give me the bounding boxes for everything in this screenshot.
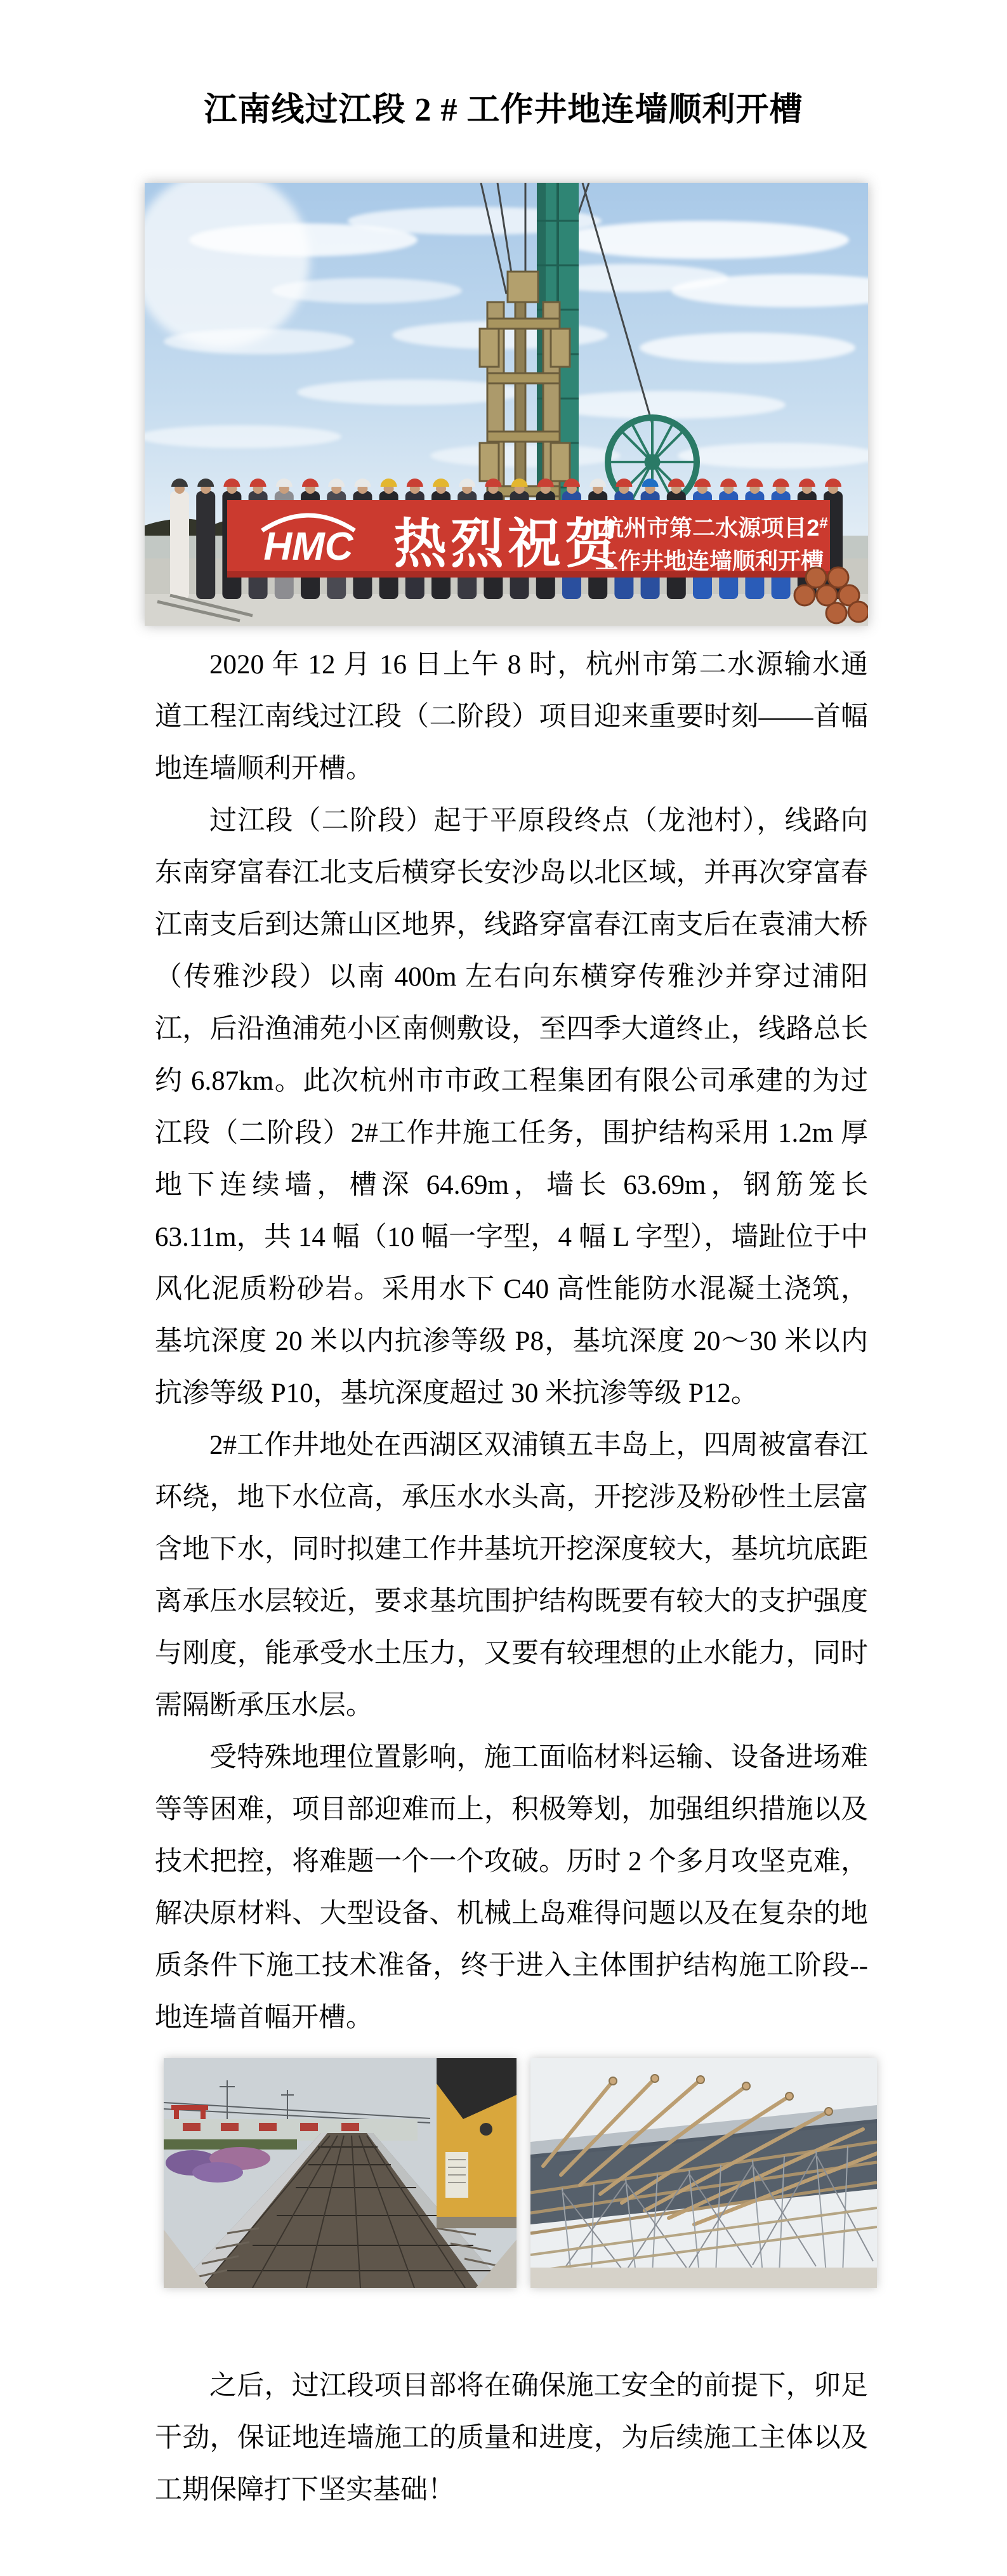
tarp-mounds [166,2147,270,2183]
ceremony-photo-scene: HMC 热烈祝贺 杭州市第二水源项目2# 工作井地连墙顺利开槽 [145,183,868,626]
banner-line1: 杭州市第二水源项目2# [601,515,827,541]
paragraph-5: 之后，过江段项目部将在确保施工安全的前提下，卯足干劲，保证地连墙施工的质量和进度… [155,2360,868,2516]
yellow-machine [437,2058,517,2228]
worker-figure [196,479,215,599]
paragraph-3: 2#工作井地处在西湖区双浦镇五丰岛上，四周被富春江环绕，地下水位高，承压水水头高… [155,1420,868,1732]
rebar-site-photo [164,2058,517,2288]
page-title: 江南线过江段 2 # 工作井地连墙顺利开槽 [0,83,1007,130]
site-fence [164,2119,418,2141]
rebar-site-scene [164,2058,517,2288]
article-footer: 之后，过江段项目部将在确保施工安全的前提下，卯足干劲，保证地连墙施工的质量和进度… [155,2360,868,2516]
banner-line2: 工作井地连墙顺利开槽 [595,548,824,574]
article-body: 2020 年 12 月 16 日上午 8 时，杭州市第二水源输水通道工程江南线过… [155,639,868,2044]
paragraph-2: 过江段（二阶段）起于平原段终点（龙池村），线路向东南穿富春江北支后横穿长安沙岛以… [155,795,868,1420]
worker-figure [170,479,189,599]
ground [530,2268,877,2288]
paragraph-1: 2020 年 12 月 16 日上午 8 时，杭州市第二水源输水通道工程江南线过… [155,639,868,795]
hmc-logo: HMC [263,525,353,569]
rebar-cage-scene [530,2058,877,2288]
banner-slogan: 热烈祝贺 [393,514,622,574]
document-page: 江南线过江段 2 # 工作井地连墙顺利开槽 [0,0,1007,2576]
paragraph-4: 受特殊地理位置影响，施工面临材料运输、设备进场难等等困难，项目部迎难而上，积极筹… [155,1732,868,2044]
celebration-banner: HMC 热烈祝贺 杭州市第二水源项目2# 工作井地连墙顺利开槽 [227,500,830,578]
rebar-cage-photo [530,2058,877,2288]
ceremony-photo: HMC 热烈祝贺 杭州市第二水源项目2# 工作井地连墙顺利开槽 [145,183,868,626]
